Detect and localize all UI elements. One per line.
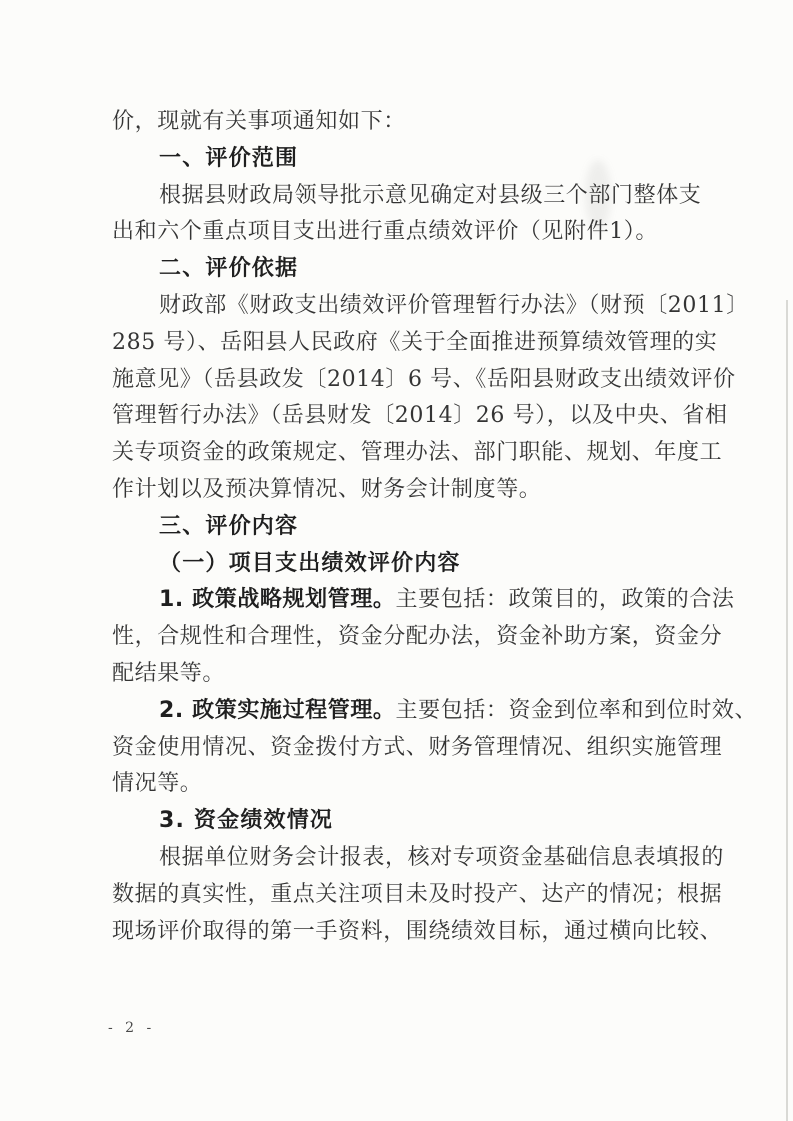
item-1-title: 1. 政策战略规划管理。 xyxy=(159,587,396,612)
heading-evaluation-content: 三、评价内容 xyxy=(112,509,712,546)
scan-edge-line xyxy=(786,300,788,1121)
page-number: - 2 - xyxy=(108,1020,155,1036)
para-scope-line-1: 根据县财政局领导批示意见确定对县级三个部门整体支 xyxy=(112,178,712,215)
heading-evaluation-basis: 二、评价依据 xyxy=(112,251,712,288)
item-1-line-3: 配结果等。 xyxy=(112,656,712,693)
item-3-line-3: 现场评价取得的第一手资料，围绕绩效目标，通过横向比较、 xyxy=(112,914,712,951)
para-basis-line-3: 施意见》（岳县政发〔2014〕6 号、《岳阳县财政支出绩效评价 xyxy=(112,362,712,399)
para-basis-line-4: 管理暂行办法》（岳县财发〔2014〕26 号），以及中央、省相 xyxy=(112,398,712,435)
item-2-title: 2. 政策实施过程管理。 xyxy=(159,698,396,723)
para-scope-line-2: 出和六个重点项目支出进行重点绩效评价（见附件1）。 xyxy=(112,214,712,251)
item-2-text: 主要包括：资金到位率和到位时效、 xyxy=(396,698,758,723)
item-2-line-2: 资金使用情况、资金拨付方式、财务管理情况、组织实施管理 xyxy=(112,730,712,767)
para-basis-line-6: 作计划以及预决算情况、财务会计制度等。 xyxy=(112,472,712,509)
item-1-line-1: 1. 政策战略规划管理。主要包括：政策目的，政策的合法 xyxy=(112,582,712,619)
item-3-line-2: 数据的真实性，重点关注项目未及时投产、达产的情况；根据 xyxy=(112,877,712,914)
intro-continuation-line: 价，现就有关事项通知如下： xyxy=(112,104,712,141)
heading-evaluation-scope: 一、评价范围 xyxy=(112,141,712,178)
subheading-project-expenditure: （一）项目支出绩效评价内容 xyxy=(112,546,712,583)
item-1-line-2: 性，合规性和合理性，资金分配办法，资金补助方案，资金分 xyxy=(112,619,712,656)
para-basis-line-5: 关专项资金的政策规定、管理办法、部门职能、规划、年度工 xyxy=(112,435,712,472)
item-2-line-3: 情况等。 xyxy=(112,766,712,803)
item-2-line-1: 2. 政策实施过程管理。主要包括：资金到位率和到位时效、 xyxy=(112,693,712,730)
item-1-text: 主要包括：政策目的，政策的合法 xyxy=(396,587,735,612)
scanned-page: 价，现就有关事项通知如下： 一、评价范围 根据县财政局领导批示意见确定对县级三个… xyxy=(0,0,793,1121)
document-body: 价，现就有关事项通知如下： 一、评价范围 根据县财政局领导批示意见确定对县级三个… xyxy=(112,104,712,950)
page-footer: - 2 - xyxy=(108,1020,155,1036)
para-basis-line-1: 财政部《财政支出绩效评价管理暂行办法》（财预〔2011〕 xyxy=(112,288,712,325)
item-3-line-1: 根据单位财务会计报表，核对专项资金基础信息表填报的 xyxy=(112,840,712,877)
para-basis-line-2: 285 号）、岳阳县人民政府《关于全面推进预算绩效管理的实 xyxy=(112,325,712,362)
item-3-heading: 3. 资金绩效情况 xyxy=(112,803,712,840)
